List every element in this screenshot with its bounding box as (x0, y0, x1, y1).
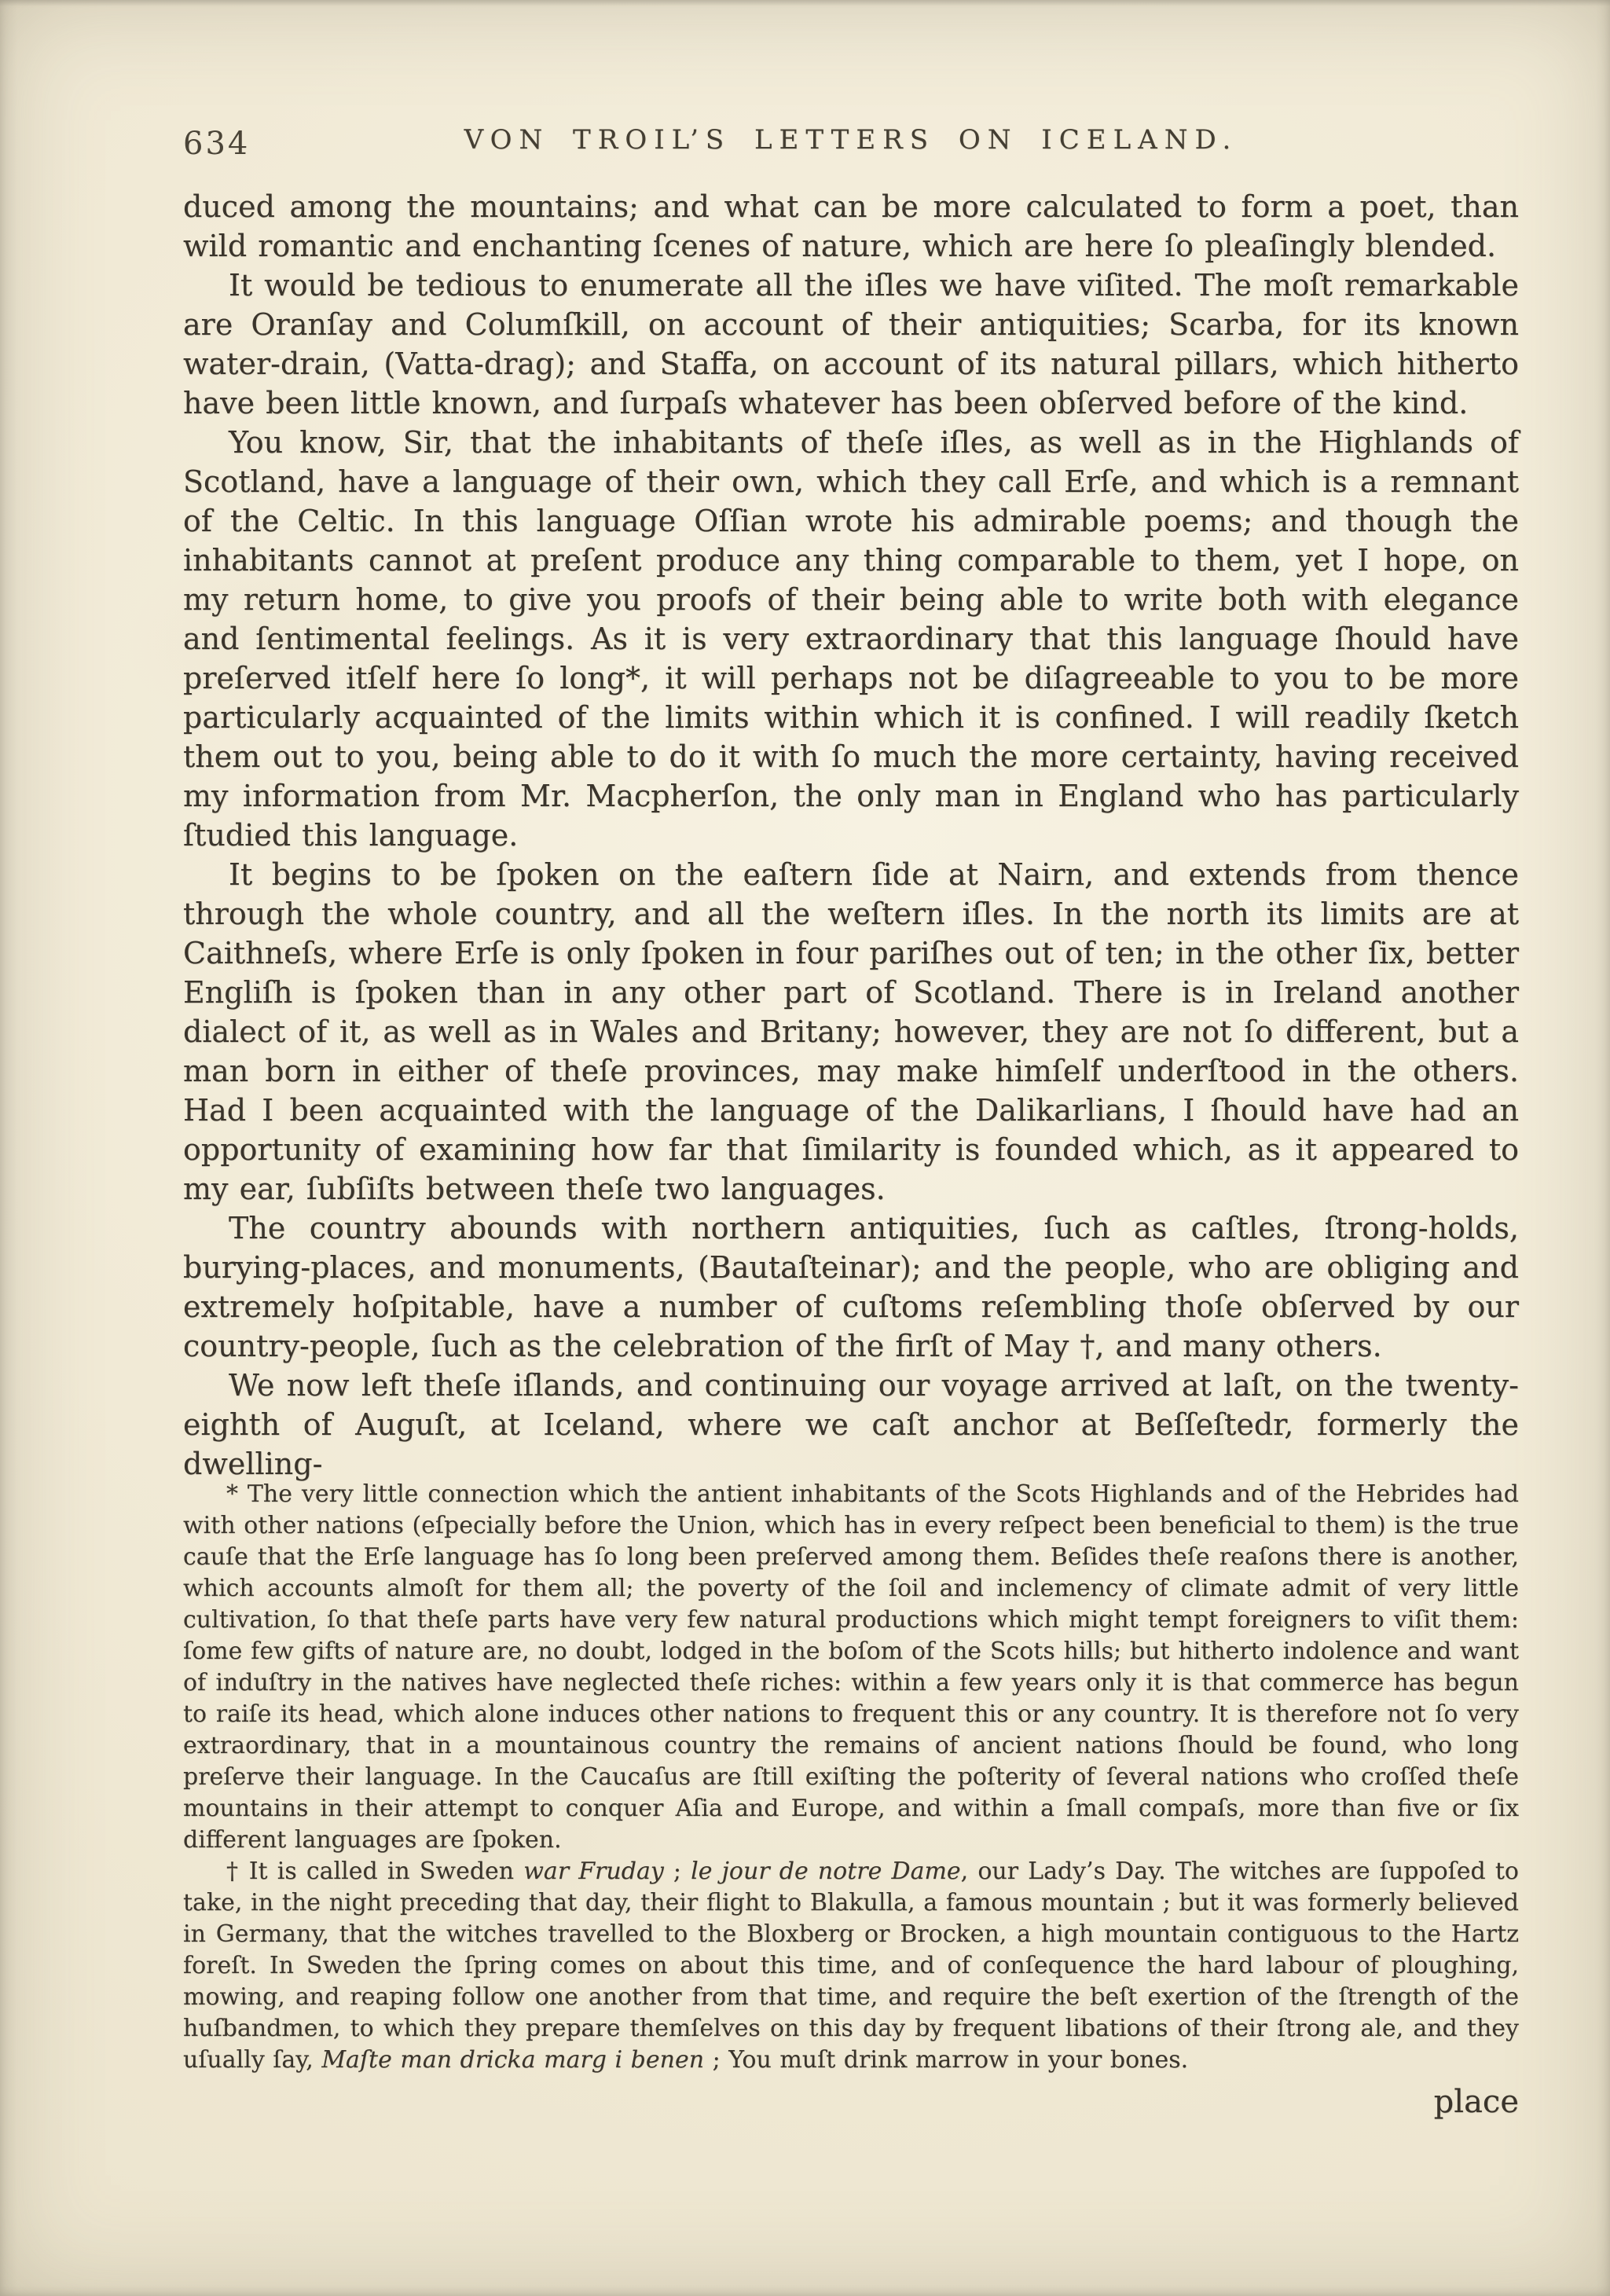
footnote-dagger-segment-italic: war Fruday (523, 1858, 664, 1885)
body-paragraph: It would be tedious to enumerate all the… (183, 266, 1519, 423)
footnote-dagger-segment: ; (664, 1858, 691, 1885)
footnote-dagger-segment: ; You muſt drink marrow in your bones. (704, 2046, 1188, 2074)
footnote-dagger-segment: , our Lady’s Day. The witches are ſuppoſ… (183, 1858, 1519, 2074)
body-paragraph: You know, Sir, that the inhabitants of t… (183, 423, 1519, 855)
body-paragraph: We now left theſe iſlands, and continuin… (183, 1366, 1519, 1484)
footnote-star-text: * The very little connection which the a… (183, 1480, 1519, 1854)
footnote-star: * The very little connection which the a… (183, 1479, 1519, 1856)
catchword: place (183, 2084, 1519, 2120)
footnote-dagger: † It is called in Sweden war Fruday ; le… (183, 1856, 1519, 2076)
footnote-dagger-segment-italic: Maſte man dricka marg i benen (321, 2046, 704, 2074)
footnote-dagger-segment-italic: le jour de notre Dame (691, 1858, 961, 1885)
body-paragraph-continuation: duced among the mountains; and what can … (183, 187, 1519, 266)
letter-body: duced among the mountains; and what can … (183, 187, 1519, 1484)
running-title: VON TROIL’S LETTERS ON ICELAND. (183, 124, 1519, 156)
book-page: 634 VON TROIL’S LETTERS ON ICELAND. duce… (0, 0, 1610, 2296)
body-paragraph: It begins to be ſpoken on the eaſtern ſi… (183, 855, 1519, 1209)
footnote-dagger-segment: † It is called in Sweden (226, 1858, 523, 1885)
body-paragraph: The country abounds with northern antiqu… (183, 1209, 1519, 1366)
footnotes-section: * The very little connection which the a… (183, 1479, 1519, 2076)
page-header: 634 VON TROIL’S LETTERS ON ICELAND. (183, 119, 1519, 167)
